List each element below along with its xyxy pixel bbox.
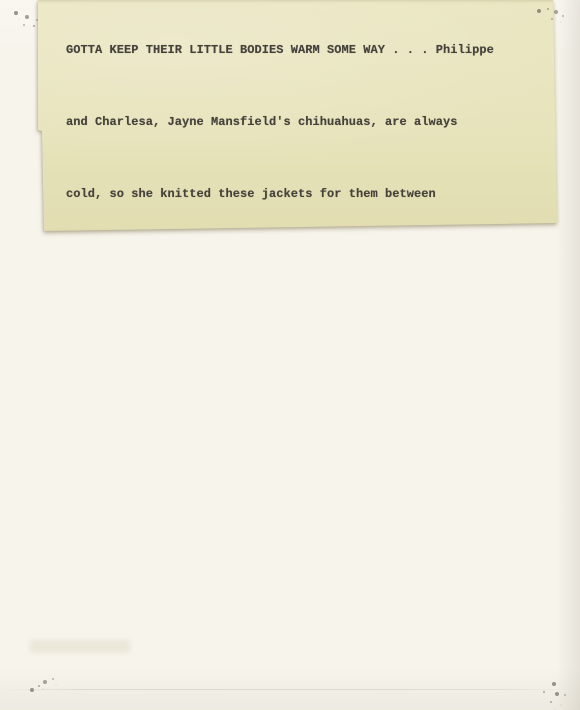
caption-line-5: starring debut in this 20th-Fox romantic… [66, 326, 494, 350]
photo-sheet: GOTTA KEEP THEIR LITTLE BODIES WARM SOME… [0, 0, 580, 710]
caption-line-3: cold, so she knitted these jackets for t… [66, 182, 494, 206]
staple-holes-top-right [537, 9, 541, 13]
caption-slip-paper: GOTTA KEEP THEIR LITTLE BODIES WARM SOME… [0, 0, 580, 236]
faint-ink-smudge [30, 640, 130, 653]
caption-line-1: GOTTA KEEP THEIR LITTLE BODIES WARM SOME… [66, 38, 494, 62]
caption-text: GOTTA KEEP THEIR LITTLE BODIES WARM SOME… [66, 0, 494, 542]
staple-holes-top-left [14, 11, 18, 15]
caption-slip: GOTTA KEEP THEIR LITTLE BODIES WARM SOME… [0, 0, 580, 240]
caption-line-6: which Tom Ewell and Edmund O'Brien compe… [66, 398, 494, 422]
staple-holes-bottom-right [552, 682, 556, 686]
paper-edge-shadow [0, 689, 580, 690]
caption-line-2: and Charlesa, Jayne Mansfield's chihuahu… [66, 110, 494, 134]
caption-line-4: scenes of "The Girl Can't Help It." Jane… [66, 254, 494, 278]
caption-line-7: company. [66, 470, 494, 494]
